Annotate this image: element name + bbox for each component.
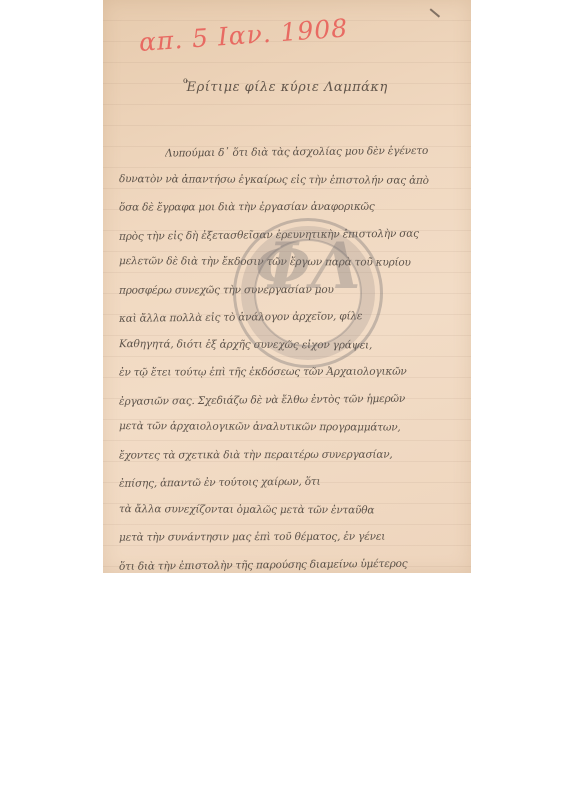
handwritten-line: πρὸς τὴν εἰς δὴ ἐξετασθεῖσαν ἐρευνητικὴν… — [119, 227, 459, 243]
handwritten-line: ἐπίσης, ἀπαντῶ ἐν τούτοις χαίρων, ὅτι — [119, 474, 459, 490]
handwritten-line: τὰ ἄλλα συνεχίζονται ὁμαλῶς μετὰ τῶν ἐντ… — [119, 503, 459, 517]
handwritten-line: μελετῶν δὲ διὰ τὴν ἔκδοσιν τῶν ἔργων παρ… — [119, 255, 459, 269]
handwritten-line: προσφέρω συνεχῶς τὴν συνεργασίαν μου — [119, 283, 459, 296]
handwritten-line: ὅσα δὲ ἔγραφα μοι διὰ τὴν ἐργασίαν ἀναφο… — [119, 200, 459, 213]
handwritten-line: μετὰ τὴν συνάντησιν μας ἐπὶ τοῦ θέματος,… — [119, 530, 459, 543]
handwritten-line: δυνατὸν νὰ ἀπαντήσω ἐγκαίρως εἰς τὴν ἐπι… — [119, 173, 459, 187]
handwritten-line: ὅτι διὰ τὴν ἐπιστολὴν τῆς παρούσης διαμε… — [119, 557, 459, 573]
letter-body: Λυπούμαι δ᾽ ὅτι διὰ τὰς ἀσχολίας μου δὲν… — [103, 0, 471, 573]
handwritten-line: Καθηγητά, διότι ἐξ ἀρχῆς συνεχῶς εἶχον γ… — [119, 338, 459, 352]
handwritten-line: ἐργασιῶν σας. Σχεδιάζω δὲ νὰ ἔλθω ἐντὸς … — [119, 392, 459, 408]
handwritten-line: ἔχοντες τὰ σχετικὰ διὰ τὴν περαιτέρω συν… — [119, 448, 459, 461]
handwritten-line: ἐν τῷ ἔτει τούτῳ ἐπὶ τῆς ἐκδόσεως τῶν Ἀρ… — [119, 365, 459, 378]
handwritten-line: Λυπούμαι δ᾽ ὅτι διὰ τὰς ἀσχολίας μου δὲν… — [165, 144, 459, 159]
handwritten-line: μετὰ τῶν ἀρχαιολογικῶν ἀναλυτικῶν προγρα… — [119, 420, 459, 434]
letter-page: απ. 5 Ιαν. 1908 ο Ἐρίτιμε φίλε κύριε Λαμ… — [103, 0, 471, 573]
handwritten-line: καὶ ἄλλα πολλὰ εἰς τὸ ἀνάλογον ἀρχεῖον, … — [119, 309, 459, 325]
